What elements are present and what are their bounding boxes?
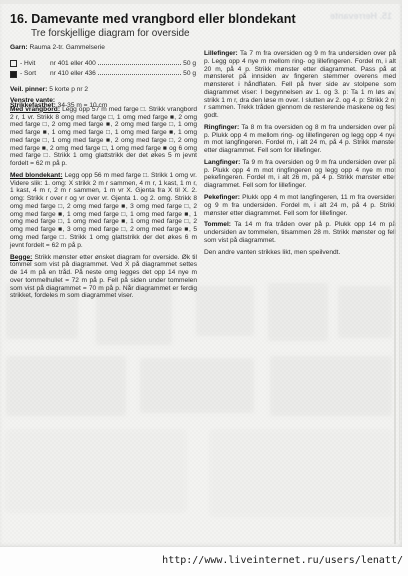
page-title: 16. Damevante med vrangbord eller blonde… bbox=[10, 12, 340, 26]
paragraph-lead: Med blondekant: bbox=[10, 172, 63, 179]
scanned-page: 15. Herrevante 16. Damevante med vrangbo… bbox=[0, 0, 408, 576]
ghost-diagram-block bbox=[268, 283, 328, 341]
ghost-diagram-block bbox=[210, 430, 392, 516]
paragraph-tommel: Tommel: Ta 14 m fra tråden over på p. Pl… bbox=[204, 221, 396, 244]
yarn-amount: 50 g bbox=[183, 60, 196, 68]
dotted-leader bbox=[98, 73, 181, 75]
paragraph-lead: Lillefinger: bbox=[204, 50, 238, 57]
ghost-diagram-block bbox=[6, 430, 186, 512]
paragraph-text: Ta 7 m fra oversiden og 9 m fra undersid… bbox=[204, 50, 396, 119]
color-legend: - Hvit nr 401 eller 400 50 g - Sort nr 4… bbox=[10, 60, 196, 78]
color-name: - Hvit bbox=[20, 60, 50, 68]
paragraph-lead: Pekefinger: bbox=[204, 194, 240, 201]
paragraph-med-blondekant: Med blondekant: Legg opp 56 m med farge … bbox=[10, 172, 197, 250]
paragraph-closing: Den andre vanten strikkes likt, men spei… bbox=[204, 249, 396, 257]
yarn-line: Garn: Rauma 2-tr. Gammelserie bbox=[10, 44, 196, 52]
black-square-icon bbox=[10, 71, 17, 78]
yarn-amount: 50 g bbox=[183, 70, 196, 78]
ghost-diagram-block bbox=[270, 356, 392, 416]
paper-background: 15. Herrevante 16. Damevante med vrangbo… bbox=[0, 0, 402, 547]
paragraph-lead: Begge: bbox=[10, 254, 32, 261]
scan-edge-right-outer bbox=[399, 60, 400, 540]
paragraph-text: Legg opp 56 m med farge □. Strikk 1 omg … bbox=[10, 172, 197, 249]
yarn-numbers: nr 401 eller 400 bbox=[50, 60, 96, 68]
watermark-url: http://www.liveinternet.ru/users/lenatt/ bbox=[162, 555, 403, 566]
ghost-diagram-block bbox=[6, 356, 126, 416]
paragraph-text: Den andre vanten strikkes likt, men spei… bbox=[204, 249, 340, 256]
ghost-diagram-block bbox=[96, 283, 172, 345]
scan-edge-right bbox=[394, 88, 396, 544]
legend-row-black: - Sort nr 410 eller 436 50 g bbox=[10, 70, 196, 78]
ghost-diagram-block bbox=[6, 283, 78, 339]
ghost-diagram-block bbox=[196, 286, 254, 336]
ghost-diagram-block bbox=[338, 286, 392, 338]
paragraph-lead: Med vrangbord: bbox=[10, 106, 60, 113]
needles-value: 5 korte p nr 2 bbox=[49, 86, 88, 93]
yarn-numbers: nr 410 eller 436 bbox=[50, 70, 96, 78]
paragraph-langfinger: Langfinger: Ta 9 m fra oversiden og 9 m … bbox=[204, 159, 396, 190]
paragraph-text: Legg opp 57 m med farge □. Strikk vrangb… bbox=[10, 106, 197, 167]
scan-edge-top bbox=[0, 0, 402, 4]
section-title: Venstre vante: bbox=[10, 97, 197, 105]
legend-row-white: - Hvit nr 401 eller 400 50 g bbox=[10, 60, 196, 68]
paragraph-text: Ta 14 m fra tråden over på p. Plukk opp … bbox=[204, 221, 396, 244]
needles-line: Veil. pinner: 5 korte p nr 2 bbox=[10, 86, 196, 94]
needles-label: Veil. pinner: bbox=[10, 86, 47, 93]
right-column: Lillefinger: Ta 7 m fra oversiden og 9 m… bbox=[204, 50, 396, 260]
page-subtitle: Tre forskjellige diagram for overside bbox=[31, 28, 190, 39]
paragraph-pekefinger: Pekefinger: Plukk opp 4 m mot langfinger… bbox=[204, 194, 396, 217]
yarn-label: Garn: bbox=[10, 44, 28, 51]
paragraph-lead: Tommel: bbox=[204, 221, 231, 228]
ghost-diagram-block bbox=[140, 358, 254, 413]
paragraph-med-vrangbord: Med vrangbord: Legg opp 57 m med farge □… bbox=[10, 106, 197, 168]
paragraph-lead: Langfinger: bbox=[204, 159, 240, 166]
left-column: Venstre vante: Med vrangbord: Legg opp 5… bbox=[10, 97, 197, 304]
color-name: - Sort bbox=[20, 70, 50, 78]
yarn-value: Rauma 2-tr. Gammelserie bbox=[29, 44, 104, 51]
paragraph-lead: Ringfinger: bbox=[204, 124, 239, 131]
white-square-icon bbox=[10, 60, 17, 67]
dotted-leader bbox=[98, 63, 181, 65]
paragraph-lillefinger: Lillefinger: Ta 7 m fra oversiden og 9 m… bbox=[204, 50, 396, 120]
paragraph-ringfinger: Ringfinger: Ta 8 m fra oversiden og 8 m … bbox=[204, 124, 396, 155]
